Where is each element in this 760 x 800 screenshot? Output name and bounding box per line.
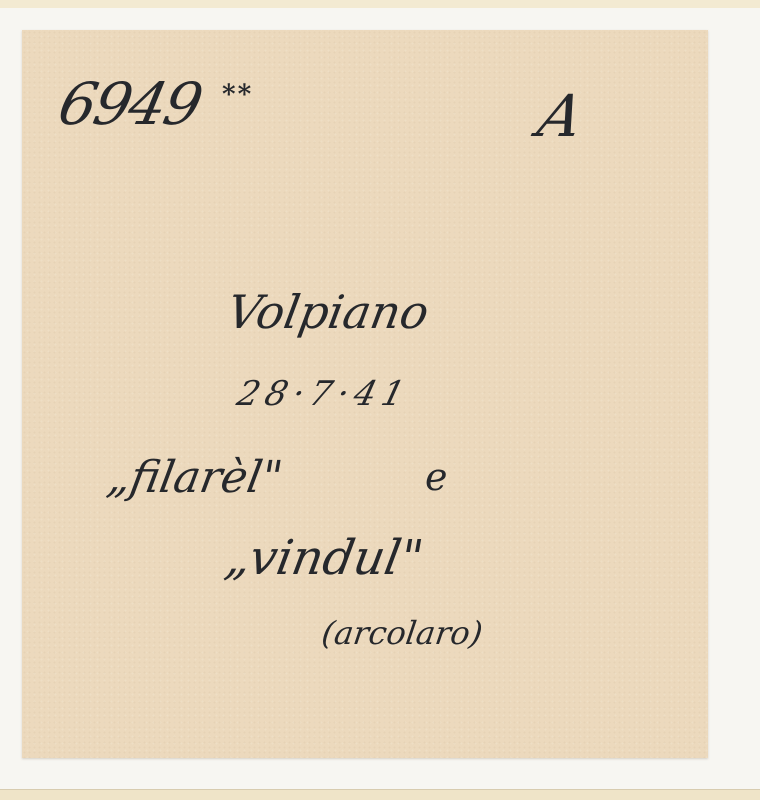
vernacular-name-2: „vindul" xyxy=(221,530,427,586)
catalog-number: 6949 xyxy=(53,70,207,138)
bottom-edge-strip xyxy=(0,789,760,800)
conjunction: e xyxy=(425,455,448,499)
top-edge-strip xyxy=(0,0,760,8)
collection-date: 28·7·41 xyxy=(233,374,415,414)
locality: Volpiano xyxy=(223,285,433,339)
vernacular-name-1: „filarèl" xyxy=(104,452,287,503)
catalog-marks: ** xyxy=(222,80,253,110)
note: (arcolaro) xyxy=(319,614,485,652)
